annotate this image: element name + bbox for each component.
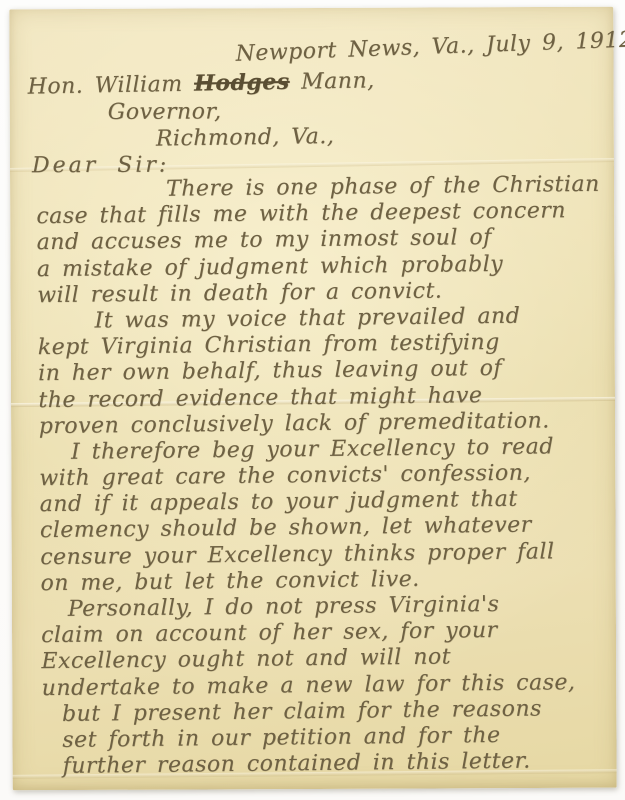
recipient-name-prefix: Hon. William xyxy=(27,72,194,100)
recipient-name-line: Hon. William Hodges Mann, xyxy=(27,67,374,99)
photo-background: Newport News, Va., July 9, 1912. Hon. Wi… xyxy=(0,0,625,800)
body-line: further reason contained in this letter. xyxy=(42,748,602,781)
letter-paper: Newport News, Va., July 9, 1912. Hon. Wi… xyxy=(9,7,616,791)
letter-body: There is one phase of the Christian case… xyxy=(36,172,603,781)
salutation: Dear Sir: xyxy=(32,153,169,179)
recipient-title-line: Governor, xyxy=(108,99,222,124)
dateline: Newport News, Va., July 9, 1912. xyxy=(235,27,625,66)
recipient-middle-name-overwritten: Hodges xyxy=(194,69,290,97)
recipient-name-suffix: Mann, xyxy=(289,68,374,95)
recipient-city-line: Richmond, Va., xyxy=(156,124,335,152)
